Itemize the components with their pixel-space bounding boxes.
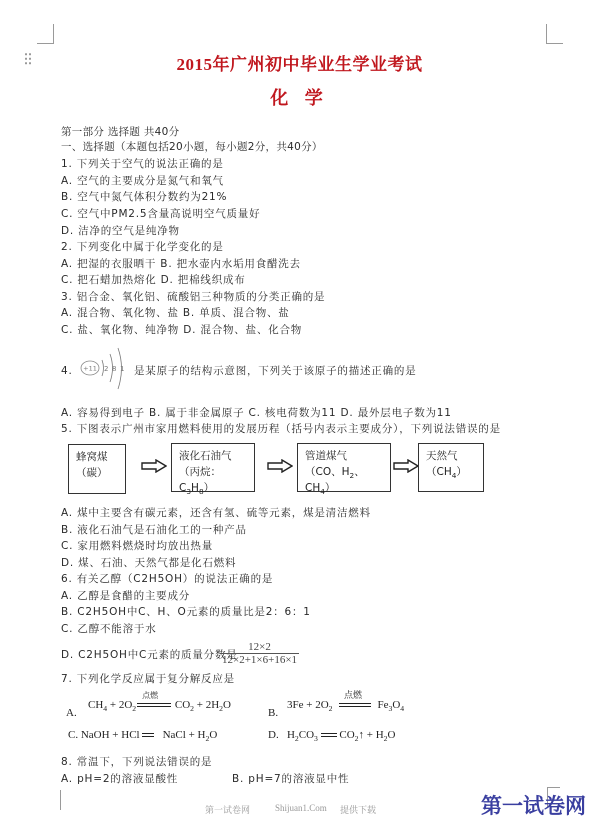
reaction-a: CH4 + 2O2点燃 CO2 + 2H2O [88, 699, 231, 711]
question-5-option-b: B. 液化石油气是石油化工的一种产品 [61, 523, 247, 537]
flow-box-name: 天然气 [426, 448, 476, 464]
reaction-condition: 点燃 [142, 690, 158, 701]
instructions: 一、选择题（本题包括20小题，每小题2分，共40分） [61, 140, 323, 154]
footer-site-name: 第一试卷网 [205, 803, 250, 816]
question-1-option-d: D. 洁净的空气是纯净物 [61, 224, 180, 238]
fraction-denominator: 12×2+1×6+16×1 [220, 653, 299, 666]
reaction-c: C. NaOH + HCl NaCl + H2O [68, 729, 217, 741]
question-2-stem: 2. 下列变化中属于化学变化的是 [61, 240, 224, 254]
question-5-stem: 5. 下图表示广州市家用燃料使用的发展历程（括号内表示主要成分），下列说法错误的… [61, 422, 501, 436]
flow-box-component: （CH4） [426, 464, 476, 480]
question-2-options-cd: C. 把石蜡加热熔化 D. 把棉线织成布 [61, 273, 246, 287]
flow-box-name: 液化石油气 [179, 448, 247, 464]
reaction-condition: 点燃 [344, 688, 362, 701]
document-title: 2015年广州初中毕业生学业考试 [0, 50, 599, 75]
reaction-c-label: C. [68, 729, 78, 741]
question-1-stem: 1. 下列关于空气的说法正确的是 [61, 157, 224, 171]
flow-box-honeycomb-coal: 蜂窝煤 （碳） [68, 444, 126, 494]
reaction-b-label: B. [268, 707, 278, 719]
page-corner-mark-top-right [546, 24, 563, 44]
question-5-option-a: A. 煤中主要含有碳元素，还含有氢、硫等元素，煤是清洁燃料 [61, 506, 371, 520]
question-4-options: A. 容易得到电子 B. 属于非金属原子 C. 核电荷数为11 D. 最外层电子… [61, 406, 452, 420]
svg-text:2: 2 [104, 365, 108, 373]
flow-box-component: （CO、H2、CH4） [305, 464, 383, 496]
question-6-stem: 6. 有关乙醇（C2H5OH）的说法正确的是 [61, 572, 273, 586]
footer-provide-download: 提供下载 [340, 803, 376, 816]
flow-box-component: （碳） [76, 465, 118, 481]
question-3-options-cd: C. 盐、氧化物、纯净物 D. 混合物、盐、化合物 [61, 323, 302, 337]
reaction-b: 3Fe + 2O2 点燃 Fe3O4 [287, 699, 404, 711]
question-8-option-b: B. pH=7的溶液显中性 [232, 772, 349, 786]
question-6-option-c: C. 乙醇不能溶于水 [61, 622, 157, 636]
question-6-option-b: B. C2H5OH中C、H、O元素的质量比是2：6：1 [61, 605, 311, 619]
svg-text:1: 1 [120, 365, 124, 373]
flow-box-lpg: 液化石油气 （丙烷：C3H8） [171, 443, 255, 492]
arrow-right-icon [267, 459, 293, 473]
question-1-option-a: A. 空气的主要成分是氮气和氧气 [61, 174, 224, 188]
arrow-right-icon [141, 459, 167, 473]
question-6-option-a: A. 乙醇是食醋的主要成分 [61, 589, 190, 603]
page-corner-mark-top-left [37, 24, 54, 44]
svg-text:+11: +11 [83, 365, 97, 373]
question-5-option-c: C. 家用燃料燃烧时均放出热量 [61, 539, 213, 553]
question-7-stem: 7. 下列化学反应属于复分解反应是 [61, 672, 235, 686]
question-1-option-c: C. 空气中PM2.5含量高说明空气质量好 [61, 207, 260, 221]
svg-text:8: 8 [112, 365, 116, 373]
footer-site-url[interactable]: Shijuan1.Com [275, 803, 327, 813]
question-2-options-ab: A. 把湿的衣服晒干 B. 把水壶内水垢用食醋洗去 [61, 257, 301, 271]
question-5-option-d: D. 煤、石油、天然气都是化石燃料 [61, 556, 236, 570]
reaction-d: D. H2CO3 CO2↑ + H2O [268, 729, 395, 741]
site-logo[interactable]: 第一试卷网 [481, 790, 586, 820]
part-heading: 第一部分 选择题 共40分 [61, 125, 179, 139]
mass-fraction-formula: 12×2 12×2+1×6+16×1 [220, 641, 299, 666]
question-4-stem: 是某原子的结构示意图，下列关于该原子的描述正确的是 [134, 364, 417, 378]
page-corner-mark-bottom-left [60, 790, 62, 810]
arrow-right-icon [393, 459, 419, 473]
flow-box-component: （丙烷：C3H8） [179, 464, 247, 496]
question-8-stem: 8. 常温下，下列说法错误的是 [61, 755, 212, 769]
document-subject: 化 学 [0, 84, 599, 110]
flow-box-natural-gas: 天然气 （CH4） [418, 443, 484, 492]
reaction-a-label: A. [66, 707, 77, 719]
flow-box-pipeline-gas: 管道煤气 （CO、H2、CH4） [297, 443, 391, 492]
question-4-number: 4. [61, 364, 73, 378]
question-6-option-d: D. C2H5OH中C元素的质量分数是 [61, 648, 238, 662]
fraction-numerator: 12×2 [220, 641, 299, 653]
question-3-options-ab: A. 混合物、氧化物、盐 B. 单质、混合物、盐 [61, 306, 290, 320]
atom-structure-diagram: +11 2 8 1 [80, 343, 130, 393]
question-3-stem: 3. 铝合金、氧化铝、硫酸铝三种物质的分类正确的是 [61, 290, 325, 304]
flow-box-name: 蜂窝煤 [76, 449, 118, 465]
question-1-option-b: B. 空气中氮气体积分数约为21% [61, 190, 227, 204]
question-8-option-a: A. pH=2的溶液显酸性 [61, 772, 178, 786]
flow-box-name: 管道煤气 [305, 448, 383, 464]
reaction-d-label: D. [268, 729, 279, 741]
